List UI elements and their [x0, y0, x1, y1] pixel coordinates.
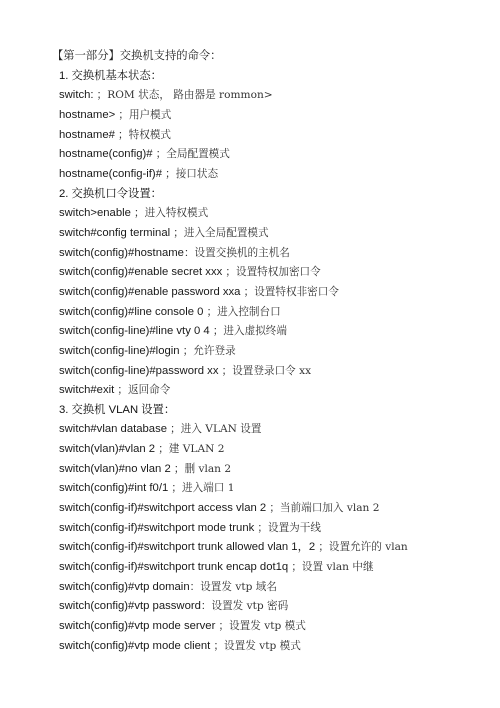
command-line: switch#vlan database ；进入 VLAN 设置	[59, 420, 408, 440]
command-line: hostname(config-if)# ；接口状态	[59, 165, 408, 185]
command-line: hostname> ；用户模式	[59, 106, 408, 126]
command-text: hostname>	[59, 109, 118, 121]
command-description: ；允许登录	[183, 345, 236, 357]
command-description: ：设置发 vtp 密码	[201, 600, 288, 612]
command-text: switch(config-if)#switchport trunk encap…	[59, 561, 291, 573]
command-line: switch(config)#vtp mode client ；设置发 vtp …	[59, 637, 408, 657]
command-line: switch(config)#enable password xxa ；设置特权…	[59, 283, 408, 303]
command-line: switch>enable ；进入特权模式	[59, 204, 408, 224]
command-description: ；返回命令	[117, 384, 170, 396]
command-description: ：设置交换机的主机名	[184, 247, 290, 259]
command-description: ；设置特权加密口令	[225, 266, 320, 278]
command-description: ；设置为干线	[257, 522, 321, 534]
command-description: ；删 vlan 2	[174, 463, 231, 475]
command-description: ；用户模式	[118, 109, 171, 121]
document-page: 【第一部分】交换机支持的命令： 1. 交换机基本状态： switch: ；ROM…	[0, 0, 500, 708]
command-text: switch(config)#vtp mode client	[59, 640, 213, 652]
command-text: switch(vlan)#vlan 2	[59, 443, 158, 455]
command-text: switch(config)#vtp mode server	[59, 620, 218, 632]
command-text: hostname(config-if)#	[59, 168, 165, 180]
command-text: hostname(config)#	[59, 148, 156, 160]
command-text: switch#vlan database	[59, 423, 170, 435]
command-description: ；设置特权非密口令	[244, 286, 339, 298]
command-description: ；进入全局配置模式	[173, 227, 268, 239]
command-line: switch(config)#hostname：设置交换机的主机名	[59, 244, 408, 264]
command-line: switch(config-if)#switchport access vlan…	[59, 499, 408, 519]
command-description: ；设置 vlan 中继	[291, 561, 373, 573]
command-line: switch#config terminal ；进入全局配置模式	[59, 224, 408, 244]
command-line: hostname# ；特权模式	[59, 126, 408, 146]
section-heading-vlan: 3. 交换机 VLAN 设置：	[59, 401, 408, 421]
section-heading-password: 2. 交换机口令设置：	[59, 185, 408, 205]
command-description: ；进入虚拟终端	[213, 325, 287, 337]
command-description: ；接口状态	[165, 168, 218, 180]
command-text: switch(config)#enable password xxa	[59, 286, 244, 298]
command-text: switch(config-line)#login	[59, 345, 183, 357]
command-line: switch(vlan)#no vlan 2 ；删 vlan 2	[59, 460, 408, 480]
command-line: switch(config-if)#switchport trunk allow…	[59, 538, 408, 558]
command-text: switch>enable	[59, 207, 134, 219]
command-text: switch(config)#hostname	[59, 247, 184, 259]
command-description: ；进入 VLAN 设置	[170, 423, 261, 435]
command-description: ；当前端口加入 vlan 2	[269, 502, 379, 514]
command-text: switch(config-line)#line vty 0 4	[59, 325, 213, 337]
command-line: switch(config)#vtp mode server ；设置发 vtp …	[59, 617, 408, 637]
command-description: ；全局配置模式	[156, 148, 230, 160]
document-title: 【第一部分】交换机支持的命令：	[52, 47, 408, 67]
command-line: switch(config)#enable secret xxx ；设置特权加密…	[59, 263, 408, 283]
document-body: 【第一部分】交换机支持的命令： 1. 交换机基本状态： switch: ；ROM…	[59, 47, 408, 656]
command-text: switch(config-if)#switchport access vlan…	[59, 502, 269, 514]
command-line: switch(config-line)#password xx ；设置登录口令 …	[59, 362, 408, 382]
command-line: switch(config-if)#switchport trunk encap…	[59, 558, 408, 578]
section-heading-basic-state: 1. 交换机基本状态：	[59, 67, 408, 87]
command-description: ；设置允许的 vlan	[318, 541, 407, 553]
command-text: switch(config)#enable secret xxx	[59, 266, 225, 278]
command-line: hostname(config)# ；全局配置模式	[59, 145, 408, 165]
command-text: hostname#	[59, 129, 118, 141]
command-line: switch#exit ；返回命令	[59, 381, 408, 401]
command-line: switch(config)#vtp password：设置发 vtp 密码	[59, 597, 408, 617]
command-text: switch#exit	[59, 384, 117, 396]
command-description: ；设置发 vtp 模式	[213, 640, 300, 652]
command-line: switch(config)#int f0/1 ；进入端口 1	[59, 479, 408, 499]
command-text: switch:	[59, 89, 97, 101]
command-description: ；进入端口 1	[171, 482, 234, 494]
command-description: ；设置发 vtp 模式	[218, 620, 305, 632]
command-text: switch(config-line)#password xx	[59, 365, 222, 377]
command-line: switch(config)#vtp domain：设置发 vtp 域名	[59, 578, 408, 598]
command-description: ：设置发 vtp 域名	[190, 581, 277, 593]
command-text: switch#config terminal	[59, 227, 173, 239]
command-description: ；ROM 状态， 路由器是 rommon>	[97, 89, 273, 101]
command-text: switch(config)#line console 0	[59, 306, 207, 318]
command-line: switch(vlan)#vlan 2 ；建 VLAN 2	[59, 440, 408, 460]
command-text: switch(config)#vtp domain	[59, 581, 190, 593]
command-text: switch(config)#int f0/1	[59, 482, 171, 494]
command-line: switch(config-if)#switchport mode trunk …	[59, 519, 408, 539]
command-description: ；特权模式	[118, 129, 171, 141]
command-description: ；进入特权模式	[134, 207, 208, 219]
command-description: ；设置登录口令 xx	[222, 365, 311, 377]
command-description: ；进入控制台口	[207, 306, 281, 318]
command-text: switch(config-if)#switchport mode trunk	[59, 522, 257, 534]
command-text: switch(config-if)#switchport trunk allow…	[59, 541, 318, 553]
command-line: switch(config-line)#line vty 0 4 ；进入虚拟终端	[59, 322, 408, 342]
command-text: switch(config)#vtp password	[59, 600, 201, 612]
command-line: switch: ；ROM 状态， 路由器是 rommon>	[59, 86, 408, 106]
command-line: switch(config-line)#login ；允许登录	[59, 342, 408, 362]
command-line: switch(config)#line console 0 ；进入控制台口	[59, 303, 408, 323]
command-description: ；建 VLAN 2	[158, 443, 224, 455]
command-text: switch(vlan)#no vlan 2	[59, 463, 174, 475]
